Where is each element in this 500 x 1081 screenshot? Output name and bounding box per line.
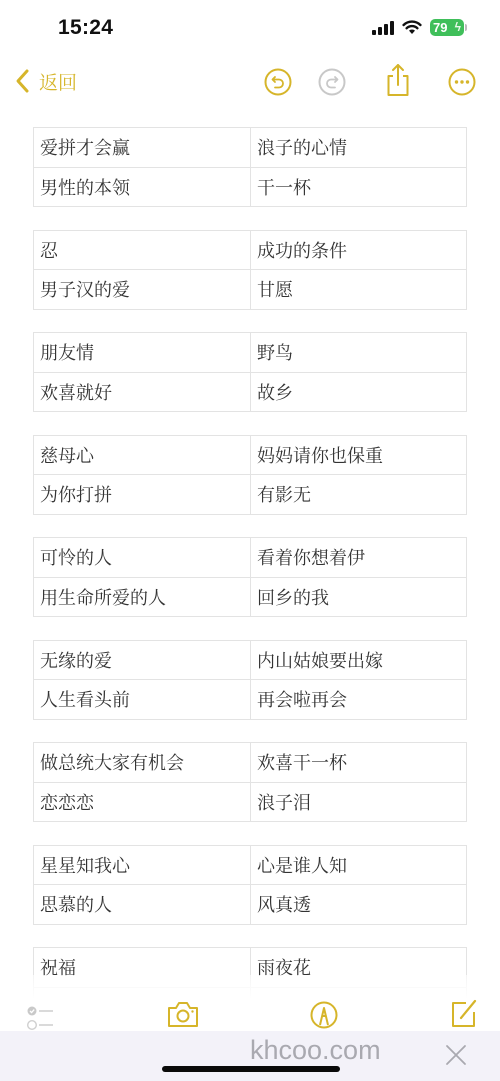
note-table[interactable]: 爱拼才会赢 浪子的心情 男性的本领 干一杯: [33, 127, 467, 207]
table-cell[interactable]: 成功的条件: [251, 230, 467, 270]
table-cell[interactable]: 可怜的人: [34, 538, 251, 578]
table-cell[interactable]: 风真透: [251, 885, 467, 925]
status-bar: 15:24 79 ϟ: [0, 0, 500, 56]
table-row: 欢喜就好 故乡: [34, 372, 467, 412]
close-icon[interactable]: [442, 1041, 470, 1069]
table-cell[interactable]: 有影无: [251, 475, 467, 515]
table-row: 忍 成功的条件: [34, 230, 467, 270]
note-body[interactable]: 爱拼才会赢 浪子的心情 男性的本领 干一杯 忍 成功的条件 男子汉的爱 甘愿 朋…: [33, 127, 467, 1050]
table-row: 恋恋恋 浪子泪: [34, 782, 467, 822]
battery-level: 79: [433, 20, 447, 35]
note-table[interactable]: 可怜的人 看着你想着伊 用生命所爱的人 回乡的我: [33, 537, 467, 617]
compose-icon[interactable]: [448, 997, 478, 1029]
note-table[interactable]: 朋友情 野鸟 欢喜就好 故乡: [33, 332, 467, 412]
table-row: 可怜的人 看着你想着伊: [34, 538, 467, 578]
chevron-left-icon: [12, 66, 36, 96]
note-table[interactable]: 做总统大家有机会 欢喜干一杯 恋恋恋 浪子泪: [33, 742, 467, 822]
wifi-icon: [402, 20, 422, 35]
note-table[interactable]: 无缘的爱 内山姑娘要出嫁 人生看头前 再会啦再会: [33, 640, 467, 720]
more-icon[interactable]: [446, 66, 478, 98]
back-button[interactable]: 返回: [12, 66, 77, 96]
table-cell[interactable]: 用生命所爱的人: [34, 577, 251, 617]
undo-icon[interactable]: [262, 66, 294, 98]
table-row: 朋友情 野鸟: [34, 333, 467, 373]
nav-bar: 返回: [0, 56, 500, 108]
table-cell[interactable]: 浪子泪: [251, 782, 467, 822]
table-cell[interactable]: 甘愿: [251, 270, 467, 310]
table-row: 男子汉的爱 甘愿: [34, 270, 467, 310]
table-cell[interactable]: 再会啦再会: [251, 680, 467, 720]
camera-icon[interactable]: [166, 999, 200, 1029]
table-row: 男性的本领 干一杯: [34, 167, 467, 207]
back-label: 返回: [39, 68, 77, 95]
notes-screen: 15:24 79 ϟ 返回: [0, 0, 500, 1081]
table-row: 用生命所爱的人 回乡的我: [34, 577, 467, 617]
table-cell[interactable]: 内山姑娘要出嫁: [251, 640, 467, 680]
table-cell[interactable]: 为你打拼: [34, 475, 251, 515]
table-row: 思慕的人 风真透: [34, 885, 467, 925]
table-row: 人生看头前 再会啦再会: [34, 680, 467, 720]
table-cell[interactable]: 做总统大家有机会: [34, 743, 251, 783]
table-cell[interactable]: 干一杯: [251, 167, 467, 207]
table-cell[interactable]: 浪子的心情: [251, 128, 467, 168]
status-time: 15:24: [58, 16, 113, 40]
table-cell[interactable]: 忍: [34, 230, 251, 270]
table-cell[interactable]: 思慕的人: [34, 885, 251, 925]
table-cell[interactable]: 妈妈请你也保重: [251, 435, 467, 475]
table-row: 爱拼才会赢 浪子的心情: [34, 128, 467, 168]
table-cell[interactable]: 无缘的爱: [34, 640, 251, 680]
redo-icon[interactable]: [316, 66, 348, 98]
table-cell[interactable]: 爱拼才会赢: [34, 128, 251, 168]
table-cell[interactable]: 看着你想着伊: [251, 538, 467, 578]
ad-watermark-text: khcoo.com: [250, 1035, 381, 1066]
table-row: 为你打拼 有影无: [34, 475, 467, 515]
table-cell[interactable]: 故乡: [251, 372, 467, 412]
table-cell[interactable]: 恋恋恋: [34, 782, 251, 822]
cellular-signal-icon: [372, 21, 394, 35]
table-cell[interactable]: 男子汉的爱: [34, 270, 251, 310]
table-row: 慈母心 妈妈请你也保重: [34, 435, 467, 475]
table-row: 星星知我心 心是谁人知: [34, 845, 467, 885]
table-row: 无缘的爱 内山姑娘要出嫁: [34, 640, 467, 680]
charging-bolt-icon: ϟ: [455, 19, 461, 36]
ad-banner[interactable]: khcoo.com: [0, 1031, 500, 1081]
table-cell[interactable]: 心是谁人知: [251, 845, 467, 885]
table-cell[interactable]: 欢喜就好: [34, 372, 251, 412]
table-cell[interactable]: 男性的本领: [34, 167, 251, 207]
note-table[interactable]: 慈母心 妈妈请你也保重 为你打拼 有影无: [33, 435, 467, 515]
table-cell[interactable]: 慈母心: [34, 435, 251, 475]
table-row: 做总统大家有机会 欢喜干一杯: [34, 743, 467, 783]
table-cell[interactable]: 回乡的我: [251, 577, 467, 617]
table-cell[interactable]: 欢喜干一杯: [251, 743, 467, 783]
battery-charging-icon: 79 ϟ: [430, 19, 464, 36]
table-cell[interactable]: 人生看头前: [34, 680, 251, 720]
checklist-icon[interactable]: [26, 1003, 56, 1033]
table-cell[interactable]: 野鸟: [251, 333, 467, 373]
note-table[interactable]: 星星知我心 心是谁人知 思慕的人 风真透: [33, 845, 467, 925]
home-indicator[interactable]: [162, 1066, 340, 1072]
status-icons: 79 ϟ: [372, 19, 464, 36]
markup-icon[interactable]: [308, 999, 340, 1031]
share-icon[interactable]: [382, 62, 414, 98]
table-cell[interactable]: 朋友情: [34, 333, 251, 373]
note-table[interactable]: 忍 成功的条件 男子汉的爱 甘愿: [33, 230, 467, 310]
table-cell[interactable]: 星星知我心: [34, 845, 251, 885]
